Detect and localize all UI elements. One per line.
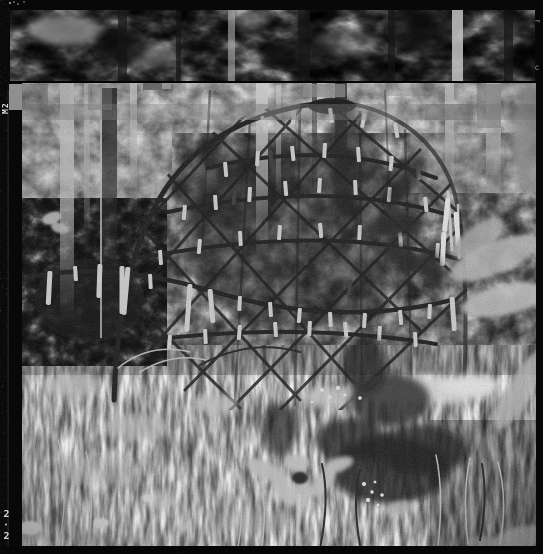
- edge-print-gray-block: [9, 84, 22, 110]
- film-edge-print: M2: [1, 102, 10, 114]
- right-edge-tick-bottom: c: [535, 63, 540, 72]
- frame-number-top: 2: [4, 509, 10, 520]
- frame-number-dot: [5, 524, 7, 526]
- top-exposure-strip: [10, 8, 543, 81]
- photo: M2 2 2 ¬ c: [0, 0, 543, 554]
- film-grain: [22, 83, 536, 546]
- main-photograph: [19, 77, 543, 554]
- right-edge-tick-top: ¬: [535, 17, 540, 26]
- exposure-seam-line: [10, 81, 536, 83]
- frame-number-bottom: 2: [4, 531, 10, 542]
